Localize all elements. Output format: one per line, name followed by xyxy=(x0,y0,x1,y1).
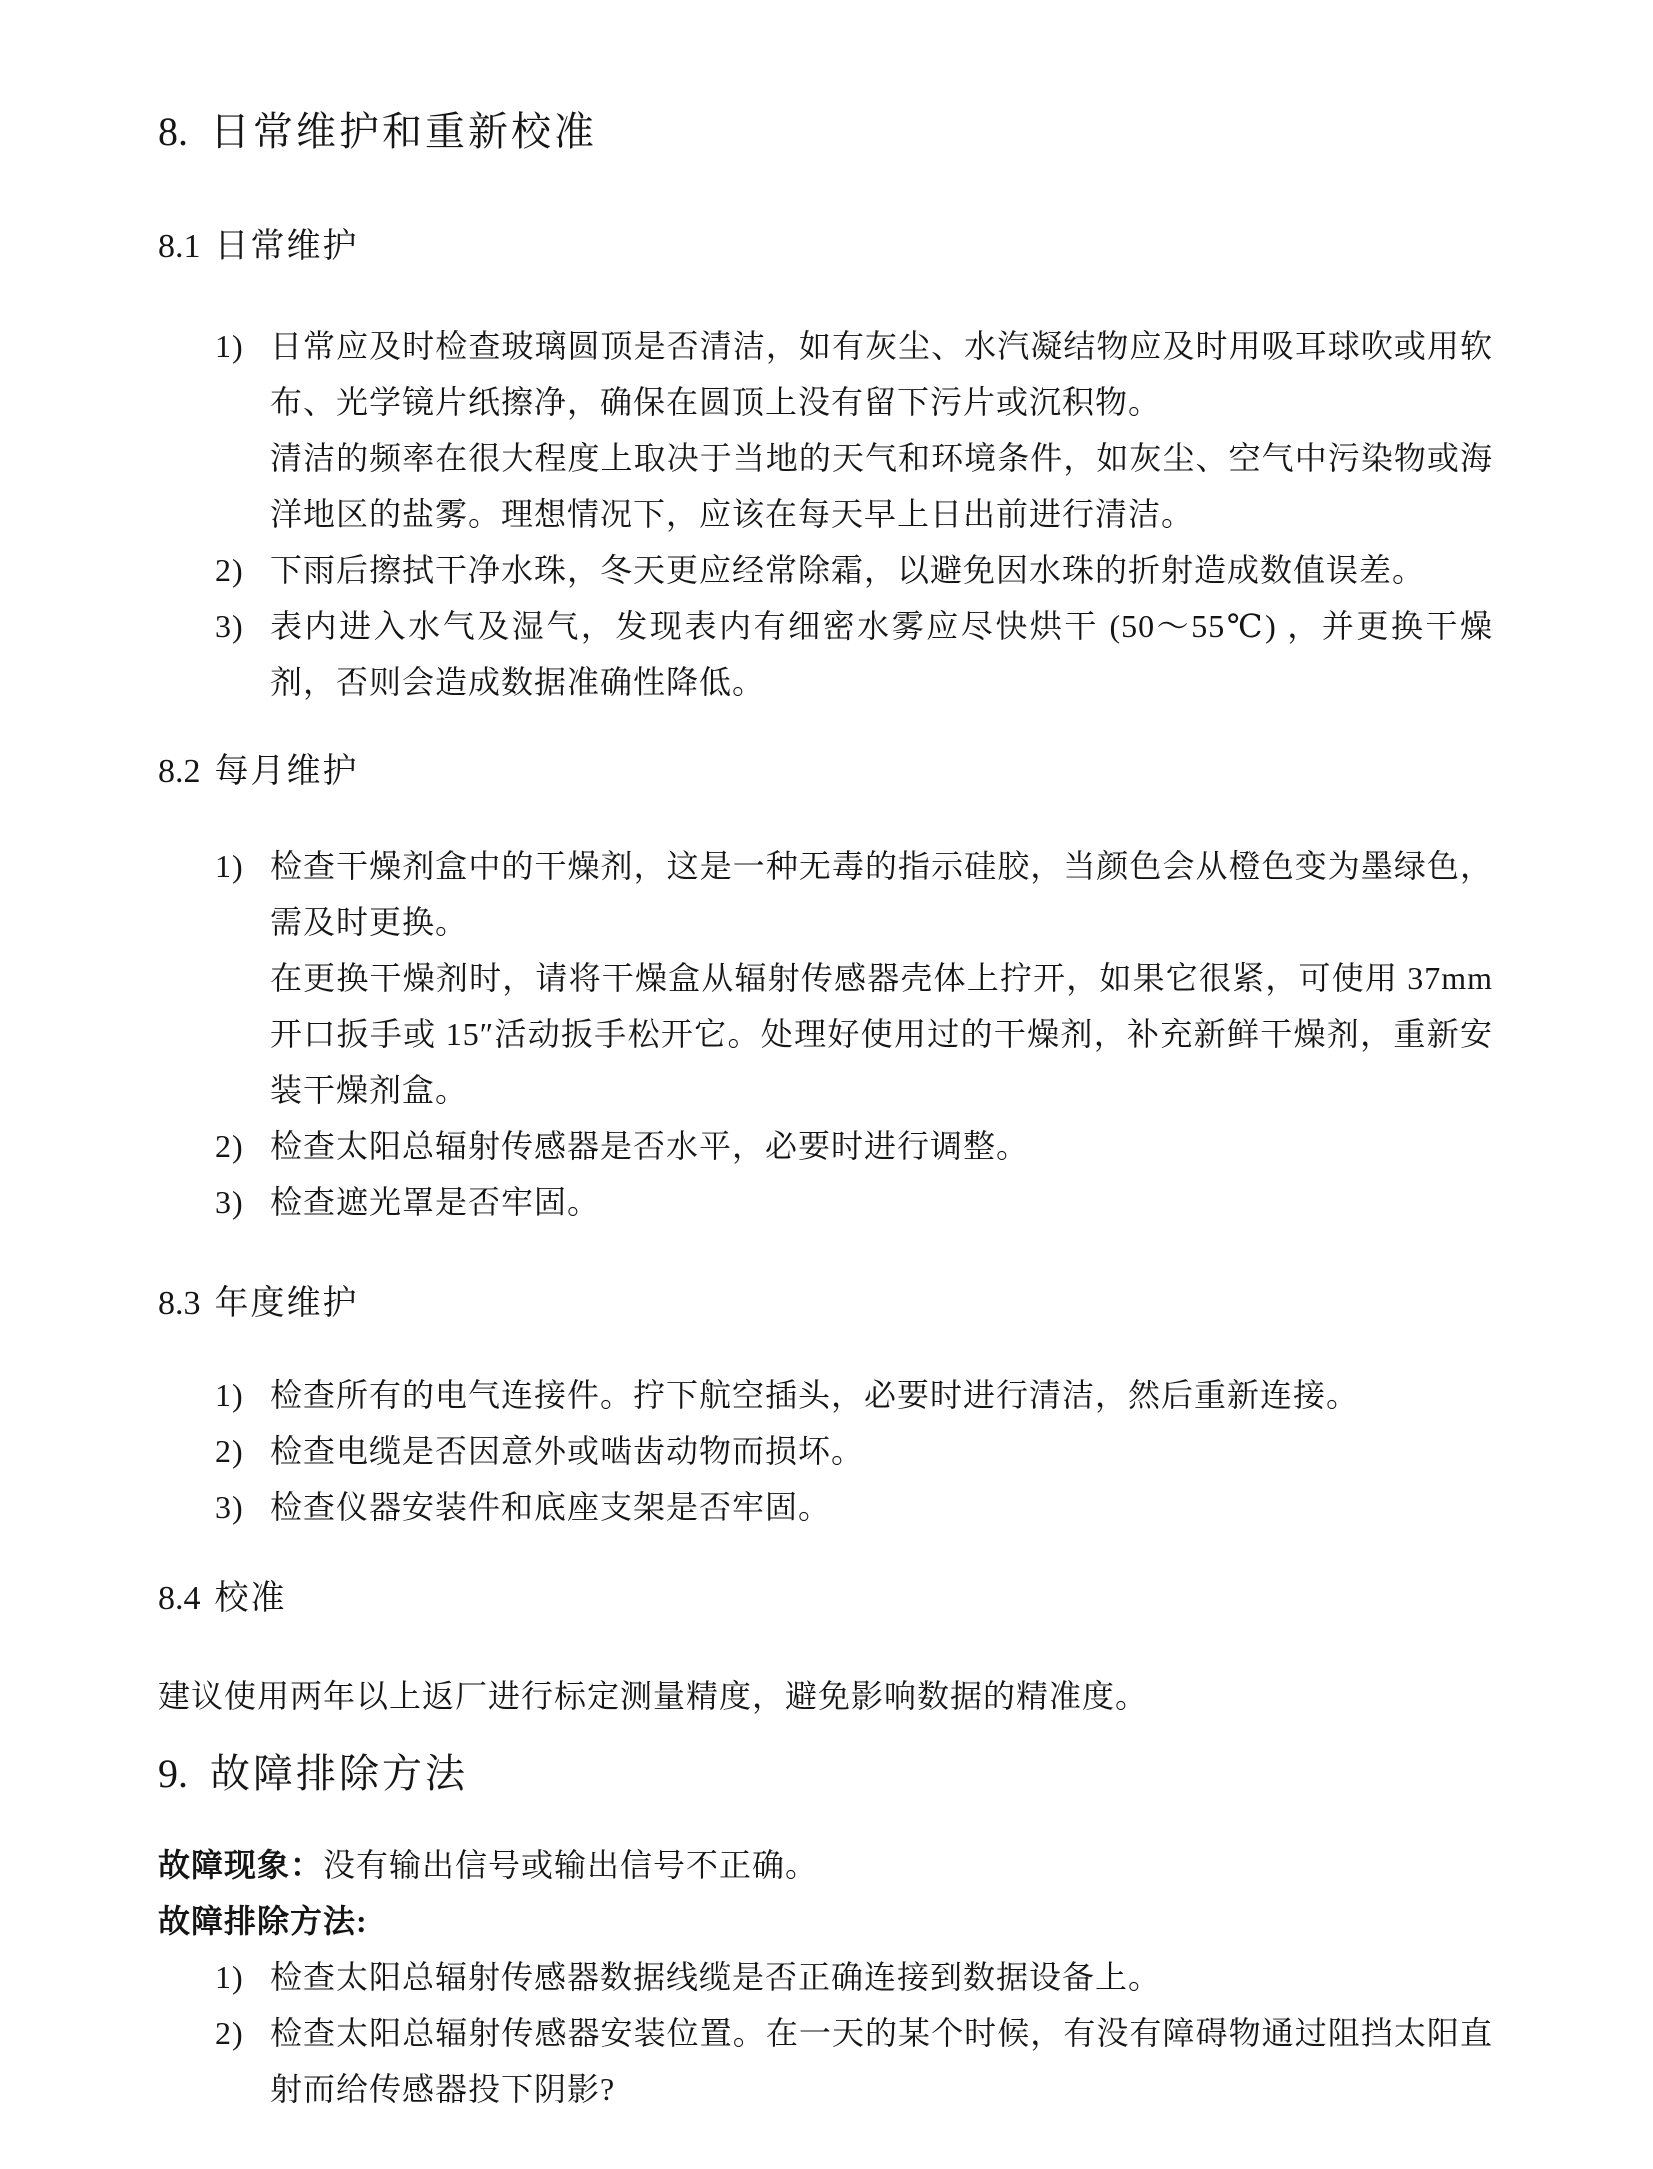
list-item-body: 检查太阳总辐射传感器数据线缆是否正确连接到数据设备上。 xyxy=(270,1949,1493,2005)
list-item: 1) 检查太阳总辐射传感器数据线缆是否正确连接到数据设备上。 xyxy=(215,1949,1493,2005)
list-item: 3) 检查仪器安装件和底座支架是否牢固。 xyxy=(215,1479,1493,1535)
list-item-body: 检查太阳总辐射传感器安装位置。在一天的某个时候，有没有障碍物通过阻挡太阳直射而给… xyxy=(270,2005,1493,2117)
list-item-paragraph: 检查仪器安装件和底座支架是否牢固。 xyxy=(270,1479,1493,1535)
troubleshooting-block: 故障现象：没有输出信号或输出信号不正确。 故障排除方法: 1) 检查太阳总辐射传… xyxy=(158,1837,1493,2117)
annual-maintenance-list: 1) 检查所有的电气连接件。拧下航空插头，必要时进行清洁，然后重新连接。 2) … xyxy=(215,1367,1493,1535)
list-item-number: 1) xyxy=(215,318,270,542)
list-item-paragraph: 检查遮光罩是否牢固。 xyxy=(270,1174,1493,1230)
section-8-4-number: 8.4 xyxy=(158,1580,201,1617)
list-item-paragraph: 检查太阳总辐射传感器安装位置。在一天的某个时候，有没有障碍物通过阻挡太阳直射而给… xyxy=(270,2005,1493,2117)
section-8-title: 日常维护和重新校准 xyxy=(210,109,597,154)
list-item-body: 下雨后擦拭干净水珠，冬天更应经常除霜，以避免因水珠的折射造成数值误差。 xyxy=(270,542,1493,598)
list-item-number: 1) xyxy=(215,1949,270,2005)
list-item: 2) 检查电缆是否因意外或啮齿动物而损坏。 xyxy=(215,1423,1493,1479)
section-8-1-number: 8.1 xyxy=(158,228,201,265)
list-item-paragraph: 检查电缆是否因意外或啮齿动物而损坏。 xyxy=(270,1423,1493,1479)
section-8-2-heading: 8.2每月维护 xyxy=(158,750,1493,794)
section-8-1-title: 日常维护 xyxy=(215,228,359,265)
troubleshooting-list: 1) 检查太阳总辐射传感器数据线缆是否正确连接到数据设备上。 2) 检查太阳总辐… xyxy=(215,1949,1493,2117)
fault-method-line: 故障排除方法: xyxy=(158,1893,1493,1949)
section-8-3-heading: 8.3年度维护 xyxy=(158,1282,1493,1326)
list-item: 1) 日常应及时检查玻璃圆顶是否清洁，如有灰尘、水汽凝结物应及时用吸耳球吹或用软… xyxy=(215,318,1493,542)
fault-symptom-text: 没有输出信号或输出信号不正确。 xyxy=(323,1847,818,1883)
section-8-1-heading: 8.1日常维护 xyxy=(158,225,1493,269)
list-item-number: 3) xyxy=(215,598,270,710)
list-item-number: 3) xyxy=(215,1174,270,1230)
list-item-paragraph: 检查所有的电气连接件。拧下航空插头，必要时进行清洁，然后重新连接。 xyxy=(270,1367,1493,1423)
list-item-number: 3) xyxy=(215,1479,270,1535)
fault-symptom-line: 故障现象：没有输出信号或输出信号不正确。 xyxy=(158,1837,1493,1893)
list-item-paragraph: 检查太阳总辐射传感器数据线缆是否正确连接到数据设备上。 xyxy=(270,1949,1493,2005)
list-item: 3) 表内进入水气及湿气，发现表内有细密水雾应尽快烘干 (50～55℃) ，并更… xyxy=(215,598,1493,710)
list-item-body: 检查干燥剂盒中的干燥剂，这是一种无毒的指示硅胶，当颜色会从橙色变为墨绿色，需及时… xyxy=(270,838,1493,1118)
list-item-number: 1) xyxy=(215,1367,270,1423)
list-item-paragraph: 检查干燥剂盒中的干燥剂，这是一种无毒的指示硅胶，当颜色会从橙色变为墨绿色，需及时… xyxy=(270,838,1493,950)
list-item-body: 检查太阳总辐射传感器是否水平，必要时进行调整。 xyxy=(270,1118,1493,1174)
list-item-paragraph: 下雨后擦拭干净水珠，冬天更应经常除霜，以避免因水珠的折射造成数值误差。 xyxy=(270,542,1493,598)
list-item-body: 检查遮光罩是否牢固。 xyxy=(270,1174,1493,1230)
section-8-3-number: 8.3 xyxy=(158,1285,201,1322)
list-item-number: 2) xyxy=(215,1118,270,1174)
list-item-number: 2) xyxy=(215,542,270,598)
list-item-body: 检查电缆是否因意外或啮齿动物而损坏。 xyxy=(270,1423,1493,1479)
section-8-2-title: 每月维护 xyxy=(215,753,359,790)
section-8-4-heading: 8.4校准 xyxy=(158,1577,1493,1621)
calibration-paragraph: 建议使用两年以上返厂进行标定测量精度，避免影响数据的精准度。 xyxy=(158,1668,1493,1724)
list-item-paragraph: 日常应及时检查玻璃圆顶是否清洁，如有灰尘、水汽凝结物应及时用吸耳球吹或用软布、光… xyxy=(270,318,1493,430)
list-item-number: 1) xyxy=(215,838,270,1118)
daily-maintenance-list: 1) 日常应及时检查玻璃圆顶是否清洁，如有灰尘、水汽凝结物应及时用吸耳球吹或用软… xyxy=(215,318,1493,710)
list-item: 3) 检查遮光罩是否牢固。 xyxy=(215,1174,1493,1230)
list-item-paragraph: 在更换干燥剂时，请将干燥盒从辐射传感器壳体上拧开，如果它很紧，可使用 37mm … xyxy=(270,950,1493,1118)
list-item-body: 检查仪器安装件和底座支架是否牢固。 xyxy=(270,1479,1493,1535)
list-item-number: 2) xyxy=(215,1423,270,1479)
list-item-paragraph: 表内进入水气及湿气，发现表内有细密水雾应尽快烘干 (50～55℃) ，并更换干燥… xyxy=(270,598,1493,710)
monthly-maintenance-list: 1) 检查干燥剂盒中的干燥剂，这是一种无毒的指示硅胶，当颜色会从橙色变为墨绿色，… xyxy=(215,838,1493,1230)
section-9-title: 故障排除方法 xyxy=(210,1751,468,1796)
section-9-number: 9. xyxy=(158,1751,188,1796)
section-9-heading: 9.故障排除方法 xyxy=(158,1748,1493,1800)
list-item-paragraph: 清洁的频率在很大程度上取决于当地的天气和环境条件，如灰尘、空气中污染物或海洋地区… xyxy=(270,430,1493,542)
list-item-body: 检查所有的电气连接件。拧下航空插头，必要时进行清洁，然后重新连接。 xyxy=(270,1367,1493,1423)
list-item-paragraph: 检查太阳总辐射传感器是否水平，必要时进行调整。 xyxy=(270,1118,1493,1174)
list-item-number: 2) xyxy=(215,2005,270,2117)
list-item: 1) 检查干燥剂盒中的干燥剂，这是一种无毒的指示硅胶，当颜色会从橙色变为墨绿色，… xyxy=(215,838,1493,1118)
section-8-4-title: 校准 xyxy=(215,1580,287,1617)
list-item: 2) 检查太阳总辐射传感器是否水平，必要时进行调整。 xyxy=(215,1118,1493,1174)
document-page: 8.日常维护和重新校准 8.1日常维护 1) 日常应及时检查玻璃圆顶是否清洁，如… xyxy=(0,0,1653,2117)
section-8-3-title: 年度维护 xyxy=(215,1285,359,1322)
fault-symptom-label: 故障现象： xyxy=(158,1847,323,1883)
section-8-2-number: 8.2 xyxy=(158,753,201,790)
list-item-body: 表内进入水气及湿气，发现表内有细密水雾应尽快烘干 (50～55℃) ，并更换干燥… xyxy=(270,598,1493,710)
list-item: 2) 下雨后擦拭干净水珠，冬天更应经常除霜，以避免因水珠的折射造成数值误差。 xyxy=(215,542,1493,598)
section-8-number: 8. xyxy=(158,109,188,154)
list-item: 2) 检查太阳总辐射传感器安装位置。在一天的某个时候，有没有障碍物通过阻挡太阳直… xyxy=(215,2005,1493,2117)
list-item-body: 日常应及时检查玻璃圆顶是否清洁，如有灰尘、水汽凝结物应及时用吸耳球吹或用软布、光… xyxy=(270,318,1493,542)
fault-method-label: 故障排除方法: xyxy=(158,1903,368,1939)
section-8-heading: 8.日常维护和重新校准 xyxy=(158,106,1493,158)
list-item: 1) 检查所有的电气连接件。拧下航空插头，必要时进行清洁，然后重新连接。 xyxy=(215,1367,1493,1423)
